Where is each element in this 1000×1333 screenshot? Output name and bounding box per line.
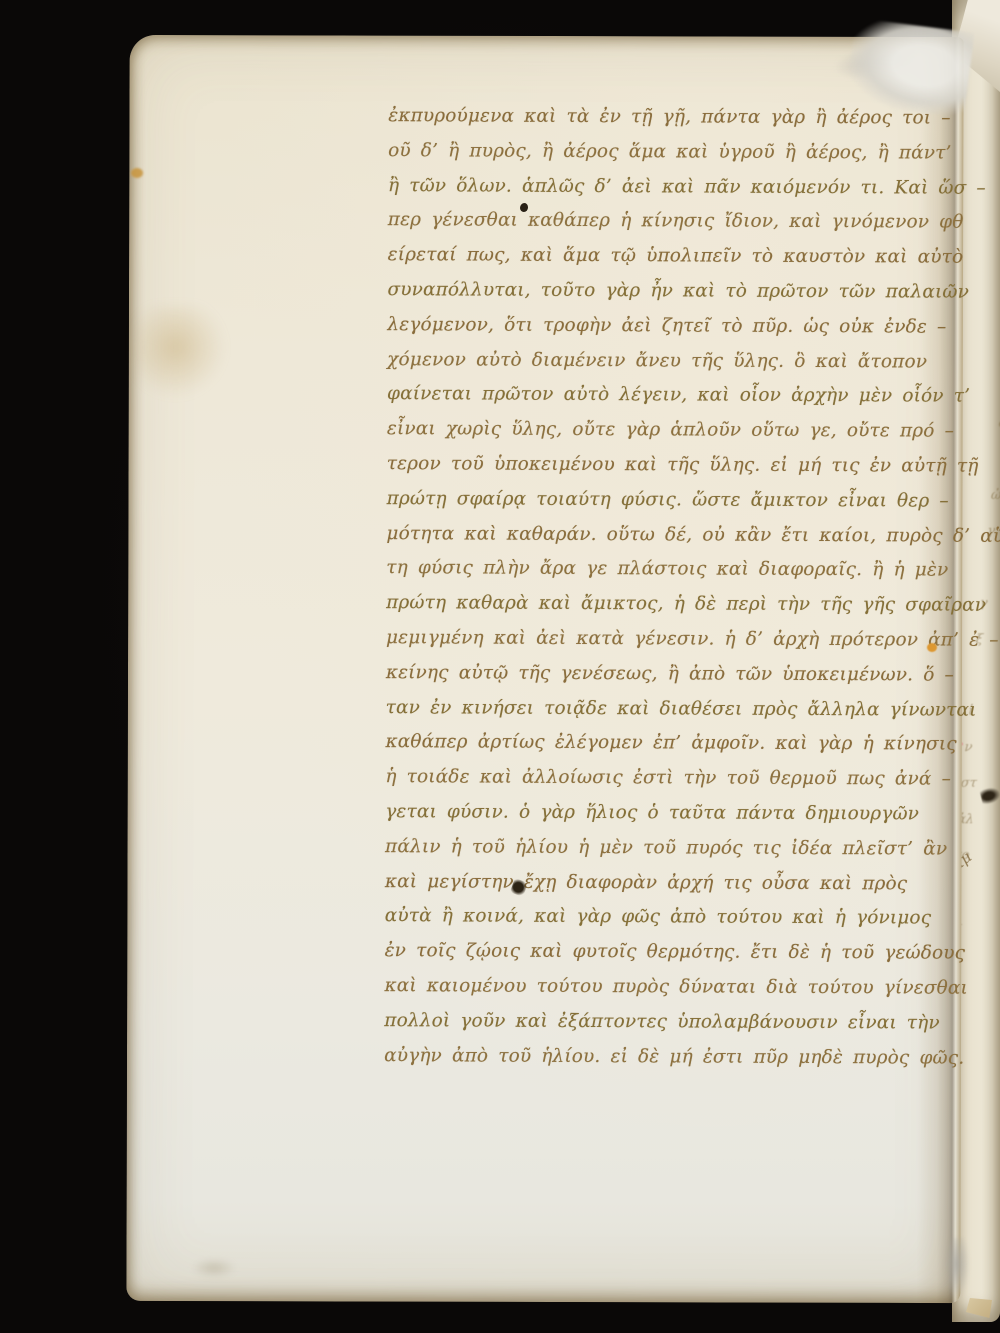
photo-backdrop: σνὦόὠγγξἱνστἀλπομστοτκθτ κμ ἐκπυρούμενα … [0,0,1000,1333]
text-line: πολλοὶ γοῦν καὶ ἐξάπτοντες ὑπολαμβάνουσι… [384,1004,908,1041]
show-through-glyph [981,550,1000,586]
text-line: πρώτῃ σφαίρᾳ τοιαύτη φύσις. ὥστε ἄμικτον… [387,482,911,519]
text-line: τερον τοῦ ὑποκειμένου καὶ τῆς ὕλης. εἰ μ… [387,447,911,484]
show-through-glyph [970,658,1000,694]
foot-stain [192,1258,236,1278]
text-line: ἡ τοιάδε καὶ ἀλλοίωσις ἐστὶ τὴν τοῦ θερμ… [385,760,909,797]
gray-smudge [945,1238,969,1296]
text-line: λεγόμενον, ὅτι τροφὴν ἀεὶ ζητεῖ τὸ πῦρ. … [387,308,911,345]
text-line: μότητα καὶ καθαράν. οὕτω δέ, οὐ κἂν ἔτι … [386,517,910,554]
water-stain [134,306,226,398]
manuscript-page: ἐκπυρούμενα καὶ τὰ ἐν τῇ γῇ, πάντα γὰρ ἢ… [126,35,963,1303]
text-line: γεται φύσιν. ὁ γὰρ ἥλιος ὁ ταῦτα πάντα δ… [385,795,909,832]
text-line: ταν ἐν κινήσει τοιᾷδε καὶ διαθέσει πρὸς … [386,691,910,728]
text-line: καθάπερ ἀρτίως ἐλέγομεν ἐπ’ ἀμφοῖν. καὶ … [385,725,909,762]
text-line: οῦ δ’ ἢ πυρὸς, ἢ ἀέρος ἅμα καὶ ὑγροῦ ἢ ἀ… [388,134,912,171]
text-line: κείνης αὐτῷ τῆς γενέσεως, ἢ ἀπὸ τῶν ὑποκ… [386,656,910,693]
text-line: μεμιγμένη καὶ ἀεὶ κατὰ γένεσιν. ἡ δ’ ἀρχ… [386,621,910,658]
text-line: περ γένεσθαι καθάπερ ἡ κίνησις ἴδιον, κα… [388,204,912,241]
show-through-glyph [993,442,1000,478]
text-line: συναπόλλυται, τοῦτο γὰρ ἦν καὶ τὸ πρῶτον… [387,273,911,310]
text-line: αὐτὰ ἢ κοινά, καὶ γὰρ φῶς ἀπὸ τούτου καὶ… [385,899,909,936]
show-through-glyph: ό [997,406,1000,442]
text-line: πάλιν ἡ τοῦ ἡλίου ἡ μὲν τοῦ πυρός τις ἰδ… [385,830,909,867]
text-line: ἢ τῶν ὅλων. ἁπλῶς δ’ ἀεὶ καὶ πᾶν καιόμεν… [388,169,912,206]
text-line: φαίνεται πρῶτον αὐτὸ λέγειν, καὶ οἷον ἀρ… [387,378,911,415]
text-line: ἐκπυρούμενα καὶ τὰ ἐν τῇ γῇ, πάντα γὰρ ἢ… [388,99,912,136]
amber-spot [131,168,143,178]
text-line: καὶ μεγίστην ἔχῃ διαφορὰν ἀρχή τις οὖσα … [385,865,909,902]
show-through-glyph: ν [963,730,993,766]
text-line: αὐγὴν ἀπὸ τοῦ ἡλίου. εἰ δὲ μή ἐστι πῦρ μ… [384,1039,908,1076]
text-line: ἐν τοῖς ζῴοις καὶ φυτοῖς θερμότης. ἔτι δ… [385,934,909,971]
text-line: τη φύσις πλὴν ἄρα γε πλάστοις καὶ διαφορ… [386,551,910,588]
text-line: είρεταί πως, καὶ ἅμα τῷ ὑπολιπεῖν τὸ καυ… [388,238,912,275]
ink-dot [520,203,528,212]
text-line: πρώτη καθαρὰ καὶ ἄμικτος, ἡ δὲ περὶ τὴν … [386,586,910,623]
text-line: καὶ καιομένου τούτου πυρὸς δύναται διὰ τ… [384,969,908,1006]
edge-ink-smudge [979,786,1000,805]
text-line: χόμενον αὐτὸ διαμένειν ἄνευ τῆς ὕλης. ὃ … [387,343,911,380]
edge-chip [966,1298,992,1318]
handwritten-text-block: ἐκπυρούμενα καὶ τὰ ἐν τῇ γῇ, πάντα γὰρ ἢ… [384,99,912,1076]
text-line: εἶναι χωρὶς ὕλης, οὔτε γὰρ ἁπλοῦν οὕτω γ… [387,412,911,449]
orange-wax-spot [927,643,937,652]
show-through-glyph: ὠ [989,478,1000,514]
